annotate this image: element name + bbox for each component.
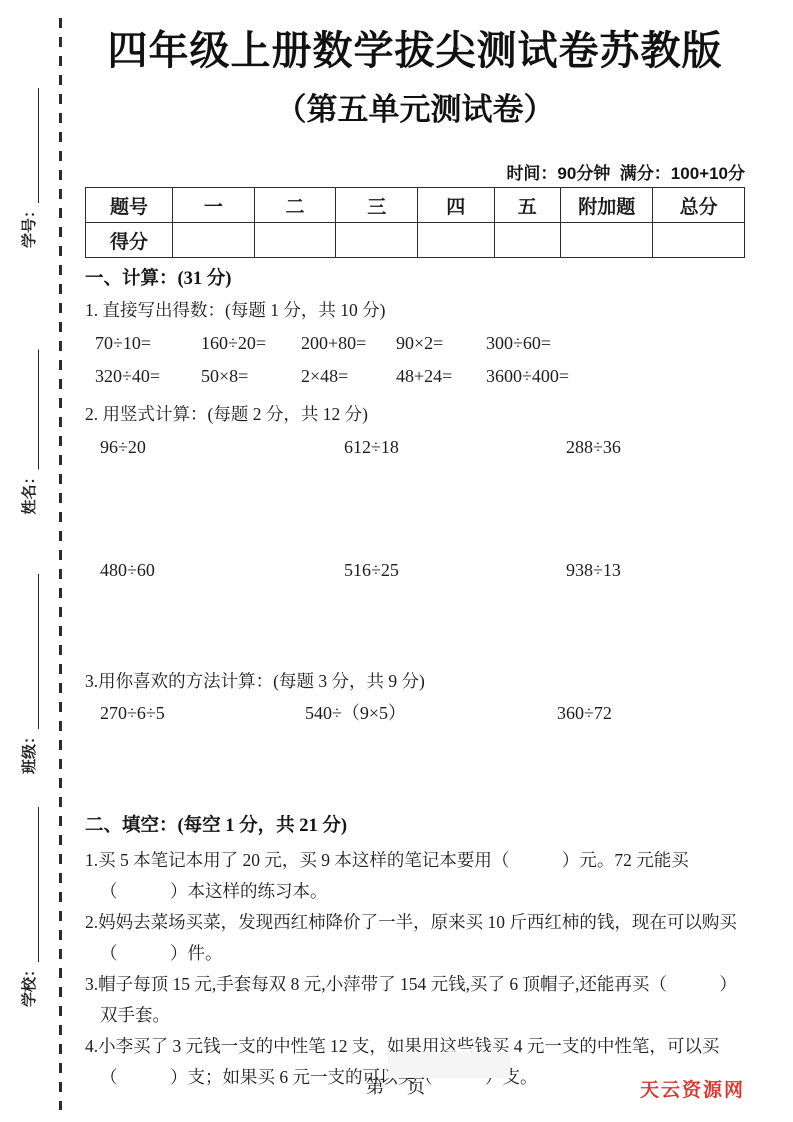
test-paper-page: 学号： 姓名： 班级： 学校： 四年级上册数学拔尖测试卷苏教版 （第五单元测试卷… [0,0,793,1122]
seal-blank-line [35,88,39,203]
equation: 160÷20= [201,332,301,354]
equation: 3600÷400= [486,365,745,387]
score-table-header-cell: 总分 [653,188,745,223]
equation: 200+80= [301,332,396,354]
score-empty-cell [254,223,336,258]
equation: 540÷（9×5） [305,702,557,724]
seal-field-school: 学校： [15,807,39,1007]
seal-field-class: 班级： [15,574,39,774]
fill-question: 3.帽子每顶 15 元,手套每双 8 元,小萍带了 154 元钱,买了 6 顶帽… [85,969,745,1031]
seal-blank-line [35,574,39,729]
score-table-header-cell: 四 [418,188,494,223]
equation: 96÷20 [100,436,344,458]
score-table-header-cell: 五 [494,188,561,223]
method-calc-label: 3.用你喜欢的方法计算：(每题 3 分，共 9 分) [85,670,745,692]
equation: 300÷60= [486,332,745,354]
equation: 516÷25 [344,559,566,581]
seal-label-class: 班级： [18,729,39,774]
score-empty-cell [418,223,494,258]
score-table-header-cell: 一 [172,188,254,223]
site-watermark: 天云资源网 [640,1075,745,1102]
exam-time-score-info: 时间：90分钟 满分：100+10分 [85,159,745,184]
paper-title: 四年级上册数学拔尖测试卷苏教版 [85,25,745,77]
seal-cut-dashed-line [59,18,62,1110]
quick-calc-label: 1. 直接写出得数：(每题 1 分，共 10 分) [85,299,745,321]
equation: 48+24= [396,365,486,387]
paper-subtitle: （第五单元测试卷） [85,90,745,130]
equation: 320÷40= [95,365,201,387]
score-table-header-row: 题号 一 二 三 四 五 附加题 总分 [86,188,745,223]
score-empty-cell [172,223,254,258]
score-table: 题号 一 二 三 四 五 附加题 总分 得分 [85,187,745,258]
seal-label-student-number: 学号： [18,203,39,248]
score-empty-cell [494,223,561,258]
equation: 480÷60 [100,559,344,581]
section-heading-calculation: 一、计算：(31 分) [85,267,745,291]
equation: 90×2= [396,332,486,354]
seal-blank-line [35,350,39,470]
seal-field-student-number: 学号： [15,88,39,248]
equation: 612÷18 [344,436,566,458]
vertical-calc-row-2: 480÷60 516÷25 938÷13 [85,559,745,581]
equation: 50×8= [201,365,301,387]
fill-question: 1.买 5 本笔记本用了 20 元，买 9 本这样的笔记本要用（ ）元。72 元… [85,845,745,907]
score-empty-cell [561,223,653,258]
seal-field-name: 姓名： [15,350,39,515]
score-empty-cell [336,223,418,258]
equation: 270÷6÷5 [100,702,305,724]
equation: 70÷10= [95,332,201,354]
section-heading-fill-blanks: 二、填空：(每空 1 分，共 21 分) [85,814,745,838]
seal-label-name: 姓名： [18,469,39,514]
score-row-label: 得分 [86,223,173,258]
paper-content: 四年级上册数学拔尖测试卷苏教版 （第五单元测试卷） 时间：90分钟 满分：100… [85,0,745,1093]
score-table-header-cell: 三 [336,188,418,223]
equation: 288÷36 [566,436,745,458]
vertical-calc-label: 2. 用竖式计算：(每题 2 分，共 12 分) [85,403,745,425]
equation: 360÷72 [557,702,745,724]
equation: 2×48= [301,365,396,387]
score-table-header-cell: 题号 [86,188,173,223]
score-empty-cell [653,223,745,258]
score-table-header-cell: 附加题 [561,188,653,223]
quick-calc-row-2: 320÷40= 50×8= 2×48= 48+24= 3600÷400= [85,365,745,387]
equation: 938÷13 [566,559,745,581]
quick-calc-row-1: 70÷10= 160÷20= 200+80= 90×2= 300÷60= [85,332,745,354]
fill-question: 2.妈妈去菜场买菜，发现西红柿降价了一半，原来买 10 斤西红柿的钱，现在可以购… [85,907,745,969]
vertical-calc-row-1: 96÷20 612÷18 288÷36 [85,436,745,458]
score-table-header-cell: 二 [254,188,336,223]
seal-label-school: 学校： [18,962,39,1007]
score-table-score-row: 得分 [86,223,745,258]
seal-blank-line [35,807,39,962]
method-calc-row: 270÷6÷5 540÷（9×5） 360÷72 [85,702,745,724]
